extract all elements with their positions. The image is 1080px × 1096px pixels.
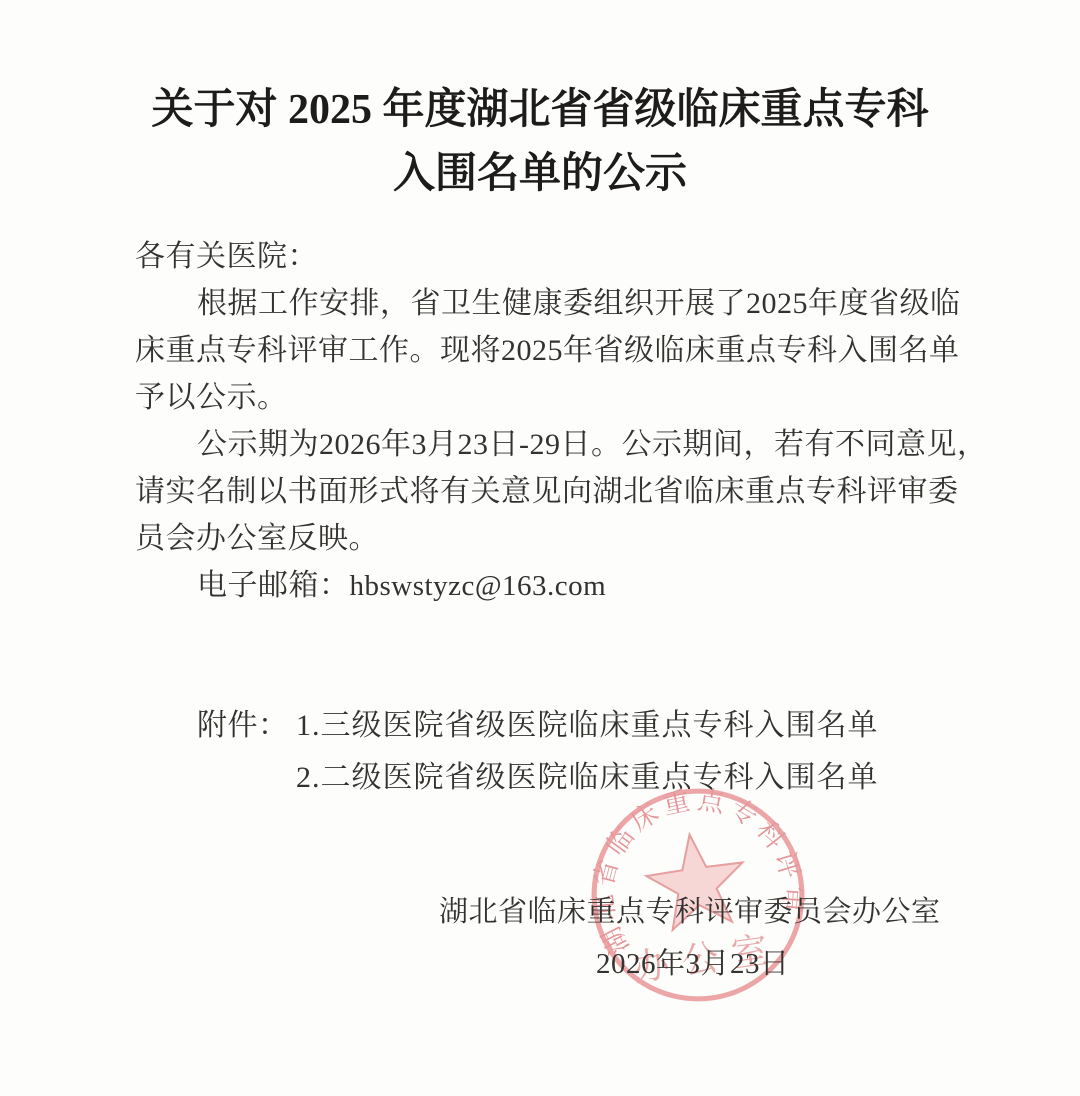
document-title: 关于对 2025 年度湖北省省级临床重点专科 入围名单的公示 [0, 78, 1080, 206]
document-body: 各有关医院： 根据工作安排，省卫生健康委组织开展了2025年度省级临 床重点专科… [135, 233, 947, 609]
paragraph2-line1: 公示期为2026年3月23日-29日。公示期间，若有不同意见， [135, 421, 947, 468]
paragraph2-line2: 请实名制以书面形式将有关意见向湖北省临床重点专科评审委 [135, 468, 947, 515]
title-line-2: 入围名单的公示 [0, 142, 1080, 206]
paragraph1-line2: 床重点专科评审工作。现将2025年省级临床重点专科入围名单 [135, 327, 947, 374]
attachment-item-1: 1.三级医院省级医院临床重点专科入围名单 [296, 700, 879, 752]
title-line-1: 关于对 2025 年度湖北省省级临床重点专科 [0, 78, 1080, 142]
paragraph2-line3: 员会办公室反映。 [135, 515, 947, 562]
email-line: 电子邮箱：hbswstyzc@163.com [135, 562, 947, 609]
email-address: hbswstyzc@163.com [350, 570, 607, 602]
notice-document-page: 关于对 2025 年度湖北省省级临床重点专科 入围名单的公示 各有关医院： 根据… [0, 0, 1080, 1096]
paragraph1-line3: 予以公示。 [135, 374, 947, 421]
email-label: 电子邮箱： [197, 569, 350, 602]
paragraph1-line1: 根据工作安排，省卫生健康委组织开展了2025年度省级临 [135, 280, 947, 327]
signature-date: 2026年3月23日 [596, 941, 790, 982]
attachments-label: 附件： [197, 700, 296, 752]
signature-org: 湖北省临床重点专科评审委员会办公室 [439, 889, 941, 930]
attachment-row-1: 附件： 1.三级医院省级医院临床重点专科入围名单 [197, 700, 879, 752]
attachments-label-spacer [197, 752, 296, 804]
salutation: 各有关医院： [135, 233, 947, 280]
